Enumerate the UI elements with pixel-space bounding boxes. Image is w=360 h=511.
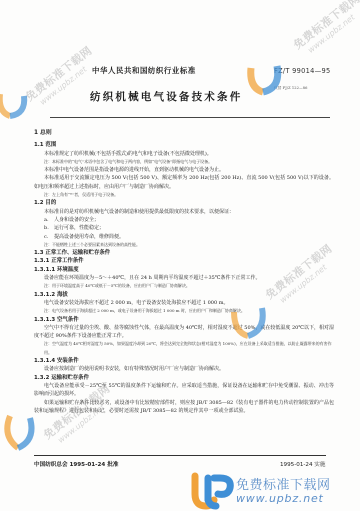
section-heading: 1.3.1.4 安装条件 xyxy=(34,357,334,365)
section-heading: 1.3 正常工作、运输和贮存条件 xyxy=(34,249,334,257)
watermark-text: 免费标准下载网 www.upbz.net xyxy=(290,0,360,60)
list-item: b.运行可靠，性能稳定； xyxy=(34,224,334,232)
paragraph: 空气中不得有过量的尘埃、酸、盐等腐蚀性气体，在最高温度为 40℃时，相对湿度不超… xyxy=(34,324,334,341)
note: 注：不能牺牲上述三个必要因素来达到设备的高性能。 xyxy=(34,241,334,249)
list-item: a.人身和设备的安全； xyxy=(34,216,334,224)
brand-url: www.upbz.net xyxy=(236,492,324,505)
paragraph: 本标准适用于交流额定电压为 500 V(包括 500 V)、额定频率为 200 … xyxy=(34,174,334,191)
paragraph: 电气设备安装处海拔应不超过 2 000 m，电子设备安装处海拔应不超过 1 00… xyxy=(34,299,334,307)
brand-footer: 免费标准下载网 www.upbz.net xyxy=(190,472,360,510)
section-heading: 1.3.1.2 海拔 xyxy=(34,291,334,299)
upbz-logo-icon xyxy=(4,412,36,454)
document-body: 1 总则 1.1 范围 本标准规定了纺织机械(不包括手摇式)的电气和电子设备(不… xyxy=(34,126,334,415)
section-heading: 1.1 范围 xyxy=(34,141,334,149)
note: 注：左上角有“*”者，仅适用于电子设备。 xyxy=(34,191,334,199)
note: 注：空气温度为 40℃相对湿度为 50%，如果温度冷却到 20℃，将会达到完全饱… xyxy=(34,340,334,357)
paragraph: 本标准目的是对纺织机械电气设备的制造和使用提供最低限度的技术要求，以便保证： xyxy=(34,208,334,216)
paragraph: 本标准中电气设备范围是指设备电源的进线开始，直到驱动机械的电气设备为止。 xyxy=(34,166,334,174)
upbz-logo-icon xyxy=(190,472,234,510)
section-heading: 1 总则 xyxy=(34,129,334,137)
approval-info: 中国纺织总会 1995-01-24 批准 xyxy=(34,460,118,468)
section-heading: 1.3.1.3 空气条件 xyxy=(34,316,334,324)
upbz-logo-icon xyxy=(0,88,30,122)
standard-organization: 中华人民共和国纺织行业标准 xyxy=(92,65,196,76)
section-heading: 1.2 目的 xyxy=(34,199,334,207)
watermark-text: 免费标准下载网 www.upbz.net xyxy=(22,42,101,111)
section-heading: 1.3.1 正常工作条件 xyxy=(34,257,334,265)
note: 注：电气设备若用于海拔超过 2 000 m，或电子设备用于海拔超过 1 000 … xyxy=(34,307,334,315)
section-heading: 1.3.2 运输和贮存条件 xyxy=(34,374,334,382)
paragraph: 设备应能在环境温度为－5～＋40℃，且在 24 h 周期内平均温度不超过＋35℃… xyxy=(34,274,334,282)
section-heading: 1.3.1.1 环境温度 xyxy=(34,266,334,274)
header-divider xyxy=(50,117,330,118)
paragraph: 如果运输和贮存条件比较恶劣，或设备中有比较精密部件时，则应按 JB/T 3085… xyxy=(34,399,334,416)
document-title: 纺织机械电气设备技术条件 xyxy=(90,89,242,104)
document-page: 中华人民共和国纺织行业标准 纺织机械电气设备技术条件 FZ/T 99014—95… xyxy=(0,0,360,511)
paragraph: 设备应按制造厂的使用说明书安装，如有特殊情况时用户厂应与制造厂协商解决。 xyxy=(34,365,334,373)
paragraph: 本标准规定了纺织机械(不包括手摇式)的电气和电子设备(不包括微处理机)。 xyxy=(34,150,334,158)
note: 注：本标准中的“电气”术语中包含了电气和电子两内容，例如“电气设备”即指电气与电… xyxy=(34,158,334,166)
brand-name: 免费标准下载网 xyxy=(236,474,331,493)
implementation-date: 1995-01-24 实施 xyxy=(280,460,325,468)
footer-divider xyxy=(34,455,326,456)
note: 注：用于环境温度高于 40℃或低于－5℃的设备，应由用户厂与制造厂协商解决。 xyxy=(34,282,334,290)
replaces-standard: 代替 FJ/Z 122—86 xyxy=(274,86,308,91)
paragraph: 电气设备应能承受－25℃至 55℃的温度条件下运输和贮存。应采取适当措施，保证设… xyxy=(34,382,334,399)
list-item: c.提高设备使用寿命，维修简便。 xyxy=(34,233,334,241)
standard-number: FZ/T 99014—95 xyxy=(274,67,331,75)
upbz-logo-icon xyxy=(245,58,285,98)
